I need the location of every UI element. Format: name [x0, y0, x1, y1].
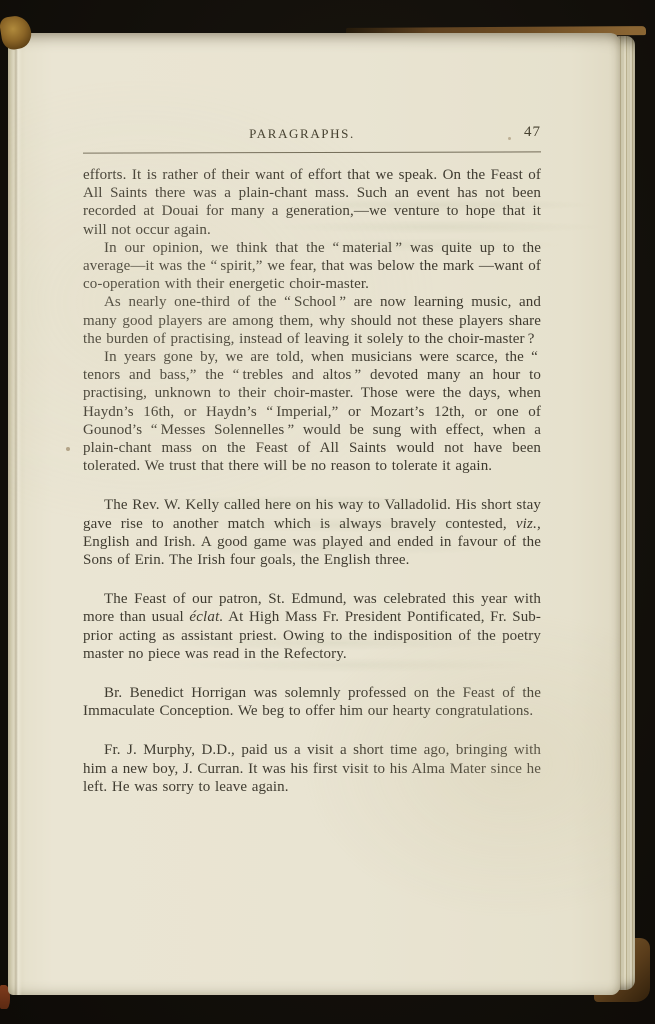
italic-term: viz.,: [516, 516, 541, 532]
text-run: The Rev. W. Kelly called here on his way…: [83, 497, 541, 531]
book-page: PARAGRAPHS. 47 efforts. It is rather of …: [8, 33, 620, 995]
paragraph: efforts. It is rather of their want of e…: [83, 166, 541, 239]
page-body-text: efforts. It is rather of their want of e…: [83, 166, 541, 796]
text-run: In our opinion, we think that the “ mate…: [83, 240, 541, 292]
paragraph: The Feast of our patron, St. Edmund, was…: [83, 590, 541, 663]
paragraph: In years gone by, we are told, when musi…: [83, 348, 541, 475]
text-run: In years gone by, we are told, when musi…: [83, 349, 541, 474]
text-run: efforts. It is rather of their want of e…: [83, 167, 541, 238]
paragraph: Fr. J. Murphy, D.D., paid us a visit a s…: [83, 741, 541, 796]
page-content: PARAGRAPHS. 47 efforts. It is rather of …: [83, 123, 541, 796]
running-header-title: PARAGRAPHS.: [73, 126, 531, 142]
foxing-spot: [66, 447, 70, 451]
text-run: English and Irish. A good game was playe…: [83, 534, 541, 568]
page-fore-edges: [618, 36, 635, 990]
running-header: PARAGRAPHS. 47: [83, 123, 541, 152]
page-number: 47: [524, 124, 541, 141]
paragraph: Br. Benedict Horrigan was solemnly profe…: [83, 684, 541, 720]
text-run: Fr. J. Murphy, D.D., paid us a visit a s…: [83, 742, 541, 794]
text-run: Br. Benedict Horrigan was solemnly profe…: [83, 685, 541, 719]
italic-term: éclat.: [189, 609, 223, 625]
paragraph: The Rev. W. Kelly called here on his way…: [83, 496, 541, 569]
text-run: As nearly one-third of the “ School ” ar…: [83, 294, 541, 346]
header-rule: [83, 151, 541, 153]
paragraph: In our opinion, we think that the “ mate…: [83, 239, 541, 294]
paragraph: As nearly one-third of the “ School ” ar…: [83, 293, 541, 348]
